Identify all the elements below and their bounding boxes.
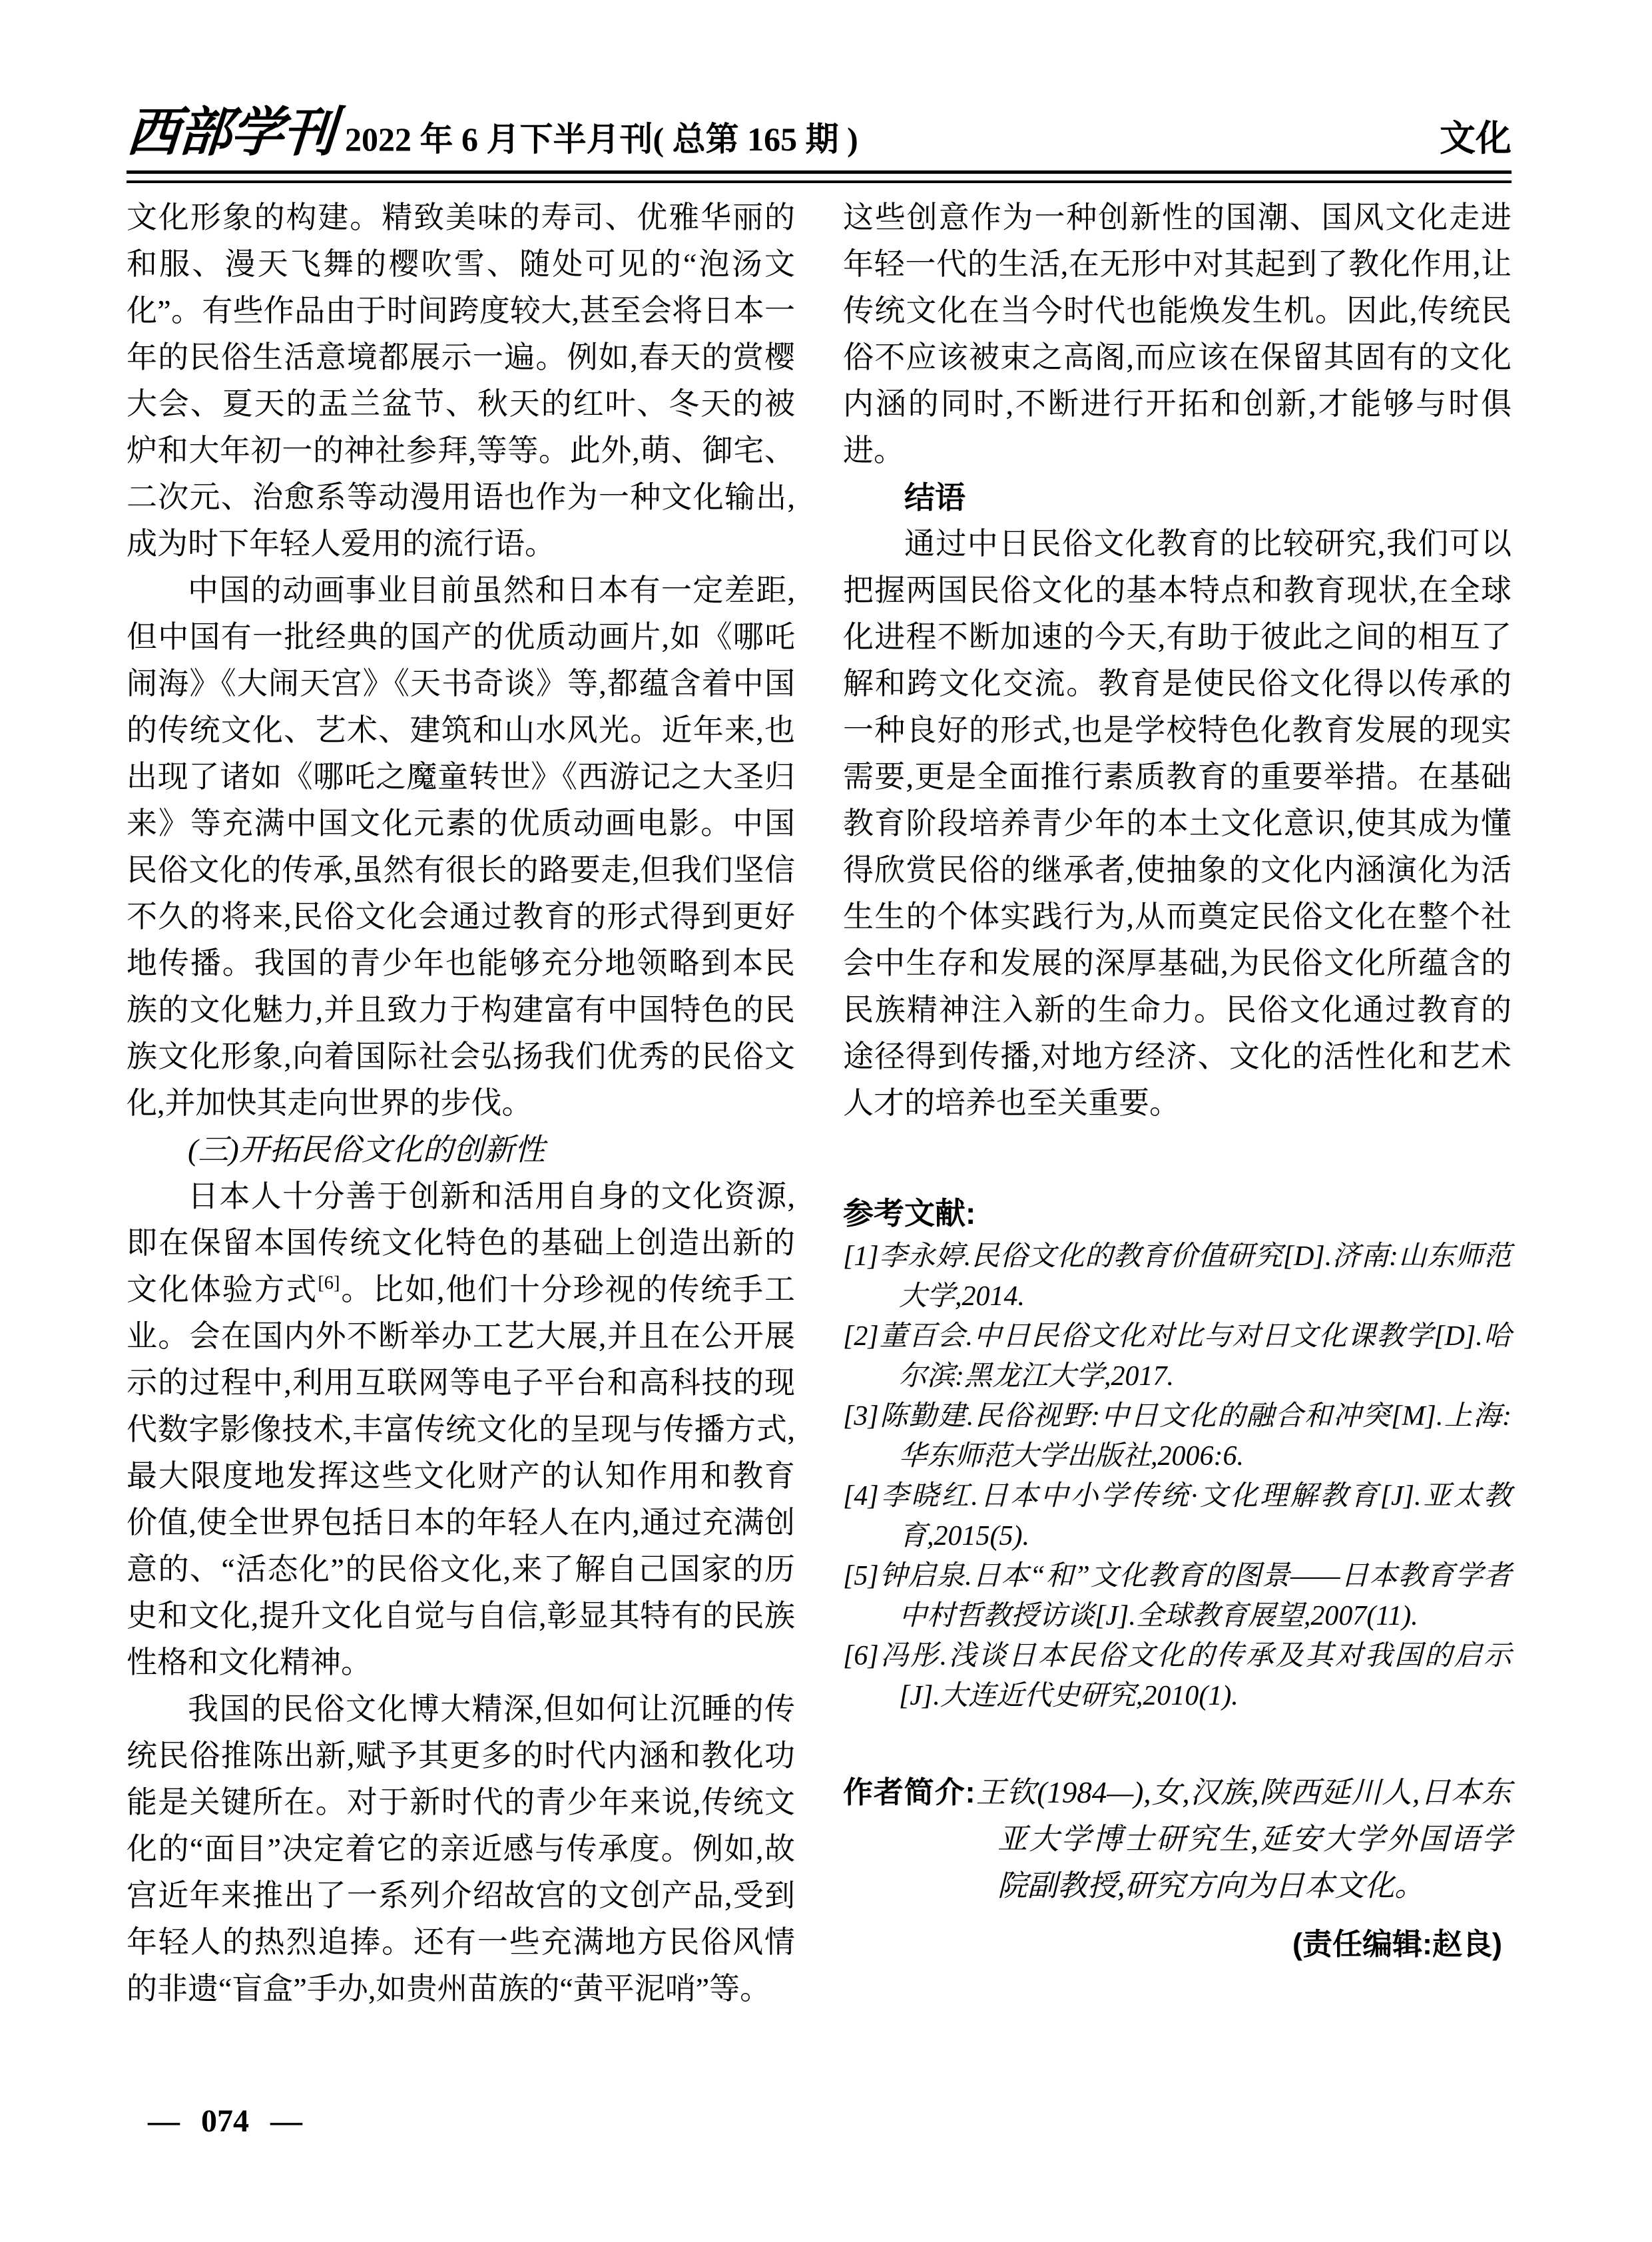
reference-item: [4]李晓红.日本中小学传统·文化理解教育[J].亚太教育,2015(5). bbox=[843, 1476, 1512, 1556]
section-heading: 结语 bbox=[843, 474, 1512, 521]
section-heading: 参考文献: bbox=[843, 1190, 1512, 1237]
page-number: — 074 — bbox=[148, 2105, 302, 2137]
responsible-editor: (责任编辑:赵良) bbox=[843, 1921, 1512, 1968]
left-column: 文化形象的构建。精致美味的寿司、优雅华丽的和服、漫天飞舞的樱吹雪、随处可见的“泡… bbox=[127, 194, 795, 2012]
reference-item: [2]董百会.中日民俗文化对比与对日文化课教学[D].哈尔滨:黑龙江大学,201… bbox=[843, 1316, 1512, 1396]
body-paragraph: 我国的民俗文化博大精深,但如何让沉睡的传统民俗推陈出新,赋予其更多的时代内涵和教… bbox=[127, 1686, 795, 2012]
reference-item: [6]冯彤.浅谈日本民俗文化的传承及其对我国的启示[J].大连近代史研究,201… bbox=[843, 1636, 1512, 1716]
author-bio-label: 作者简介: bbox=[843, 1775, 975, 1809]
journal-issue-info: 2022 年 6 月下半月刊( 总第 165 期 ) bbox=[345, 123, 858, 156]
subsection-heading: (三)开拓民俗文化的创新性 bbox=[127, 1127, 795, 1173]
body-paragraph: 日本人十分善于创新和活用自身的文化资源,即在保留本国传统文化特色的基础上创造出新… bbox=[127, 1173, 795, 1686]
author-bio: 作者简介:王钦(1984—),女,汉族,陕西延川人,日本东亚大学博士研究生,延安… bbox=[843, 1769, 1512, 1909]
author-bio-text: 王钦(1984—),女,汉族,陕西延川人,日本东亚大学博士研究生,延安大学外国语… bbox=[975, 1776, 1512, 1902]
header-double-rule bbox=[127, 170, 1512, 183]
page-header: 西部学刊 2022 年 6 月下半月刊( 总第 165 期 ) 文化 bbox=[127, 107, 1512, 183]
header-row: 西部学刊 2022 年 6 月下半月刊( 总第 165 期 ) 文化 bbox=[127, 107, 1512, 160]
body-paragraph: 通过中日民俗文化教育的比较研究,我们可以把握两国民俗文化的基本特点和教育现状,在… bbox=[843, 521, 1512, 1127]
section-label: 文化 bbox=[1440, 121, 1512, 156]
body-paragraph: 文化形象的构建。精致美味的寿司、优雅华丽的和服、漫天飞舞的樱吹雪、随处可见的“泡… bbox=[127, 194, 795, 567]
right-column: 这些创意作为一种创新性的国潮、国风文化走进年轻一代的生活,在无形中对其起到了教化… bbox=[843, 194, 1512, 2012]
reference-item: [5]钟启泉.日本“和”文化教育的图景——日本教育学者中村哲教授访谈[J].全球… bbox=[843, 1556, 1512, 1636]
header-left: 西部学刊 2022 年 6 月下半月刊( 总第 165 期 ) bbox=[127, 107, 858, 160]
journal-logo: 西部学刊 bbox=[125, 107, 336, 160]
body-paragraph: 中国的动画事业目前虽然和日本有一定差距,但中国有一批经典的国产的优质动画片,如《… bbox=[127, 567, 795, 1127]
body-paragraph: 这些创意作为一种创新性的国潮、国风文化走进年轻一代的生活,在无形中对其起到了教化… bbox=[843, 194, 1512, 474]
reference-item: [3]陈勤建.民俗视野:中日文化的融合和冲突[M].上海:华东师范大学出版社,2… bbox=[843, 1396, 1512, 1476]
footnote-reference: [6] bbox=[318, 1273, 340, 1294]
journal-page: 西部学刊 2022 年 6 月下半月刊( 总第 165 期 ) 文化 文化形象的… bbox=[0, 0, 1652, 2242]
article-body: 文化形象的构建。精致美味的寿司、优雅华丽的和服、漫天飞舞的樱吹雪、随处可见的“泡… bbox=[127, 194, 1512, 2012]
column-spacer bbox=[843, 1127, 1512, 1190]
reference-item: [1]李永婷.民俗文化的教育价值研究[D].济南:山东师范大学,2014. bbox=[843, 1237, 1512, 1316]
column-spacer bbox=[843, 1716, 1512, 1769]
